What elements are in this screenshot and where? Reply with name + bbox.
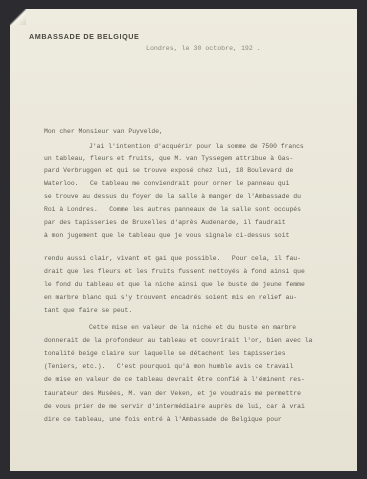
text-line: pard Verbruggen et qui se trouve exposé … xyxy=(44,167,293,174)
letterhead: AMBASSADE DE BELGIQUE xyxy=(29,32,139,41)
text-line: le fond du tableau et que la niche ainsi… xyxy=(44,281,305,288)
text-line: Cette mise en valeur de la niche et du b… xyxy=(89,324,296,331)
salutation: Mon cher Monsieur van Puyvelde, xyxy=(44,128,163,135)
text-line: dire ce tableau, une fois entré à l'Amba… xyxy=(44,416,282,423)
text-line: de vous prier de me servir d'intermédiai… xyxy=(44,403,305,410)
text-line: Waterloo. Ce tableau me conviendrait pou… xyxy=(44,180,289,187)
text-line: J'ai l'intention d'acquérir pour la somm… xyxy=(89,143,304,150)
text-line: (Teniers, etc.). C'est pourquoi qu'à mon… xyxy=(44,363,293,370)
text-line: donnerait de la profondeur au tableau et… xyxy=(44,337,312,344)
text-line: rendu aussi clair, vivant et gai que pos… xyxy=(44,255,301,262)
text-line: se trouve au dessus du foyer de la salle… xyxy=(44,193,301,200)
text-line: Roi à Londres. Comme les autres panneaux… xyxy=(44,206,301,213)
text-line: de mise en valeur de ce tableau devrait … xyxy=(44,376,305,383)
text-line: drait que les fleurs et les fruits fusse… xyxy=(44,268,305,275)
text-line: en marbre blanc qui s'y trouvent encadré… xyxy=(44,294,297,301)
letter-page xyxy=(10,9,357,471)
date-line: Londres, le 30 octobre, 192 . xyxy=(146,45,261,52)
folded-corner xyxy=(10,9,26,25)
text-line: tonalité beige claire sur laquelle se dé… xyxy=(44,350,286,357)
text-line: tant que faire se peut. xyxy=(44,307,132,314)
text-line: taurateur des Musées, M. van der Veken, … xyxy=(44,390,301,397)
text-line: un tableau, fleurs et fruits, que M. van… xyxy=(44,155,293,162)
text-line: par des tapisseries de Bruxelles d'après… xyxy=(44,219,286,226)
text-line: à mon jugement que le tableau que je vou… xyxy=(44,232,289,239)
